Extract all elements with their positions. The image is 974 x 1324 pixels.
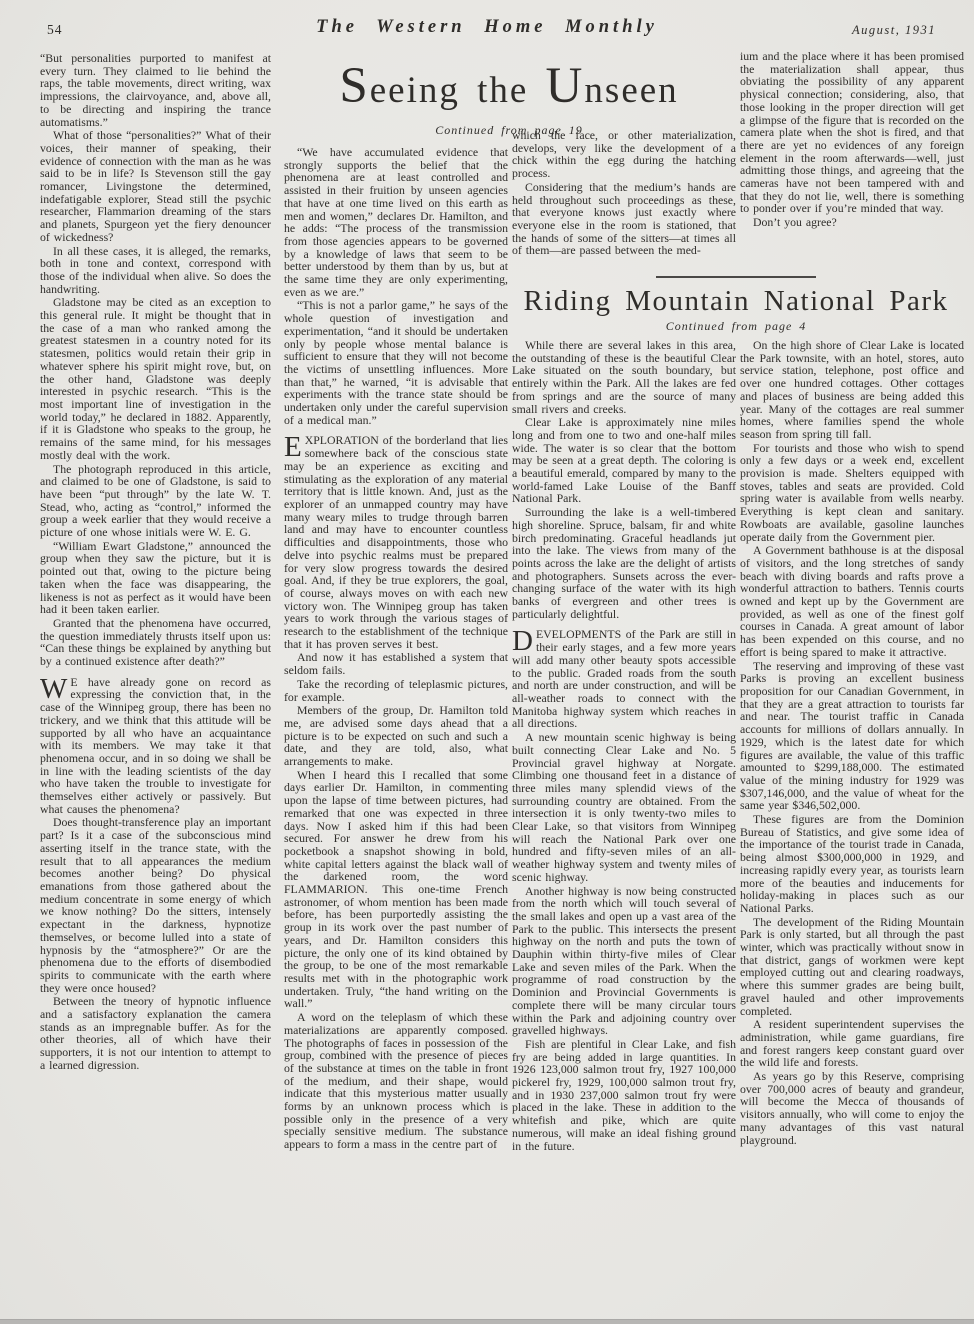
continued-from-note: Continued from page 4 (508, 319, 964, 334)
paragraph: The reserving and improving of these vas… (740, 660, 964, 812)
paragraph: Fish are plentiful in Clear Lake, and fi… (512, 1038, 736, 1152)
paragraph: Members of the group, Dr. Hamilton told … (284, 704, 508, 768)
paragraph: Granted that the phenomena have occurred… (40, 617, 271, 668)
paragraph: Another highway is now being constructed… (512, 885, 736, 1037)
paragraph: These figures are from the Dominion Bure… (740, 813, 964, 915)
paragraph: Clear Lake is approximately nine miles l… (512, 416, 736, 505)
paragraph: On the high shore of Clear Lake is locat… (740, 339, 964, 441)
paragraph: As years go by this Reserve, comprising … (740, 1070, 964, 1146)
paragraph: For tourists and those who wish to spend… (740, 442, 964, 544)
paragraph: And now it has established a system that… (284, 651, 508, 676)
paragraph: Take the recording of teleplasmic pictur… (284, 678, 508, 703)
paragraph: EXPLORATION of the borderland that lies … (284, 434, 508, 650)
seeing-column-2: “We have accumulated evidence that stron… (284, 146, 508, 1308)
masthead-title: The Western Home Monthly (0, 17, 974, 38)
paragraph: Between the tneory of hypnotic influence… (40, 995, 271, 1071)
drop-cap-letter: D (512, 628, 536, 653)
seeing-the-unseen-header: Seeing the Unseen Continued from page 19 (283, 56, 735, 138)
paragraph: DEVELOPMENTS of the Park are still in th… (512, 628, 736, 730)
page-bottom-edge (0, 1319, 974, 1324)
riding-mountain-header: Riding Mountain National Park Continued … (508, 276, 964, 334)
paragraph: Gladstone may be cited as an exception t… (40, 296, 271, 461)
drop-cap-letter: E (284, 434, 305, 459)
paragraph: WE have already gone on record as expres… (40, 676, 271, 816)
article-title-riding-mountain: Riding Mountain National Park (508, 285, 964, 317)
seeing-column-3-upper: which the face, or other materialization… (512, 129, 736, 277)
paragraph: Does thought-transference play an import… (40, 816, 271, 994)
paragraph: A word on the teleplasm of which these m… (284, 1011, 508, 1151)
paragraph: When I heard this I recalled that some d… (284, 769, 508, 1010)
paragraph: Don’t you agree? (740, 216, 964, 229)
issue-date: August, 1931 (852, 23, 936, 38)
title-initial-cap: U (546, 57, 585, 114)
magazine-page: 54 The Western Home Monthly August, 1931… (0, 0, 974, 1324)
left-article-column: “But personalities purported to manifest… (40, 52, 271, 1300)
paragraph: “We have accumulated evidence that stron… (284, 146, 508, 298)
paragraph: Surrounding the lake is a well-timbered … (512, 506, 736, 620)
paragraph: A resident superintendent supervises the… (740, 1018, 964, 1069)
paragraph: The development of the Riding Mountain P… (740, 916, 964, 1018)
paragraph: A new mountain scenic highway is being b… (512, 731, 736, 883)
seeing-column-4-upper: ium and the place where it has been prom… (740, 50, 964, 274)
paragraph: What of those “personalities?” What of t… (40, 129, 271, 243)
paragraph: In all these cases, it is alleged, the r… (40, 245, 271, 296)
paragraph: which the face, or other materialization… (512, 129, 736, 180)
paragraph: “This is not a parlor game,” he says of … (284, 299, 508, 426)
riding-column-right: On the high shore of Clear Lake is locat… (740, 339, 964, 1311)
article-title-seeing-the-unseen: Seeing the Unseen (283, 56, 735, 121)
drop-cap-letter: W (40, 676, 70, 701)
riding-column-left: While there are several lakes in this ar… (512, 339, 736, 1279)
section-divider-rule (656, 276, 816, 278)
paragraph: The photograph reproduced in this articl… (40, 463, 271, 539)
paragraph: Considering that the medium’s hands are … (512, 181, 736, 257)
paragraph: ium and the place where it has been prom… (740, 50, 964, 215)
paragraph: A Government bathhouse is at the disposa… (740, 544, 964, 658)
paragraph: “But personalities purported to manifest… (40, 52, 271, 128)
paragraph: While there are several lakes in this ar… (512, 339, 736, 415)
title-initial-cap: S (339, 57, 369, 114)
paragraph: “William Ewart Gladstone,” announced the… (40, 540, 271, 616)
